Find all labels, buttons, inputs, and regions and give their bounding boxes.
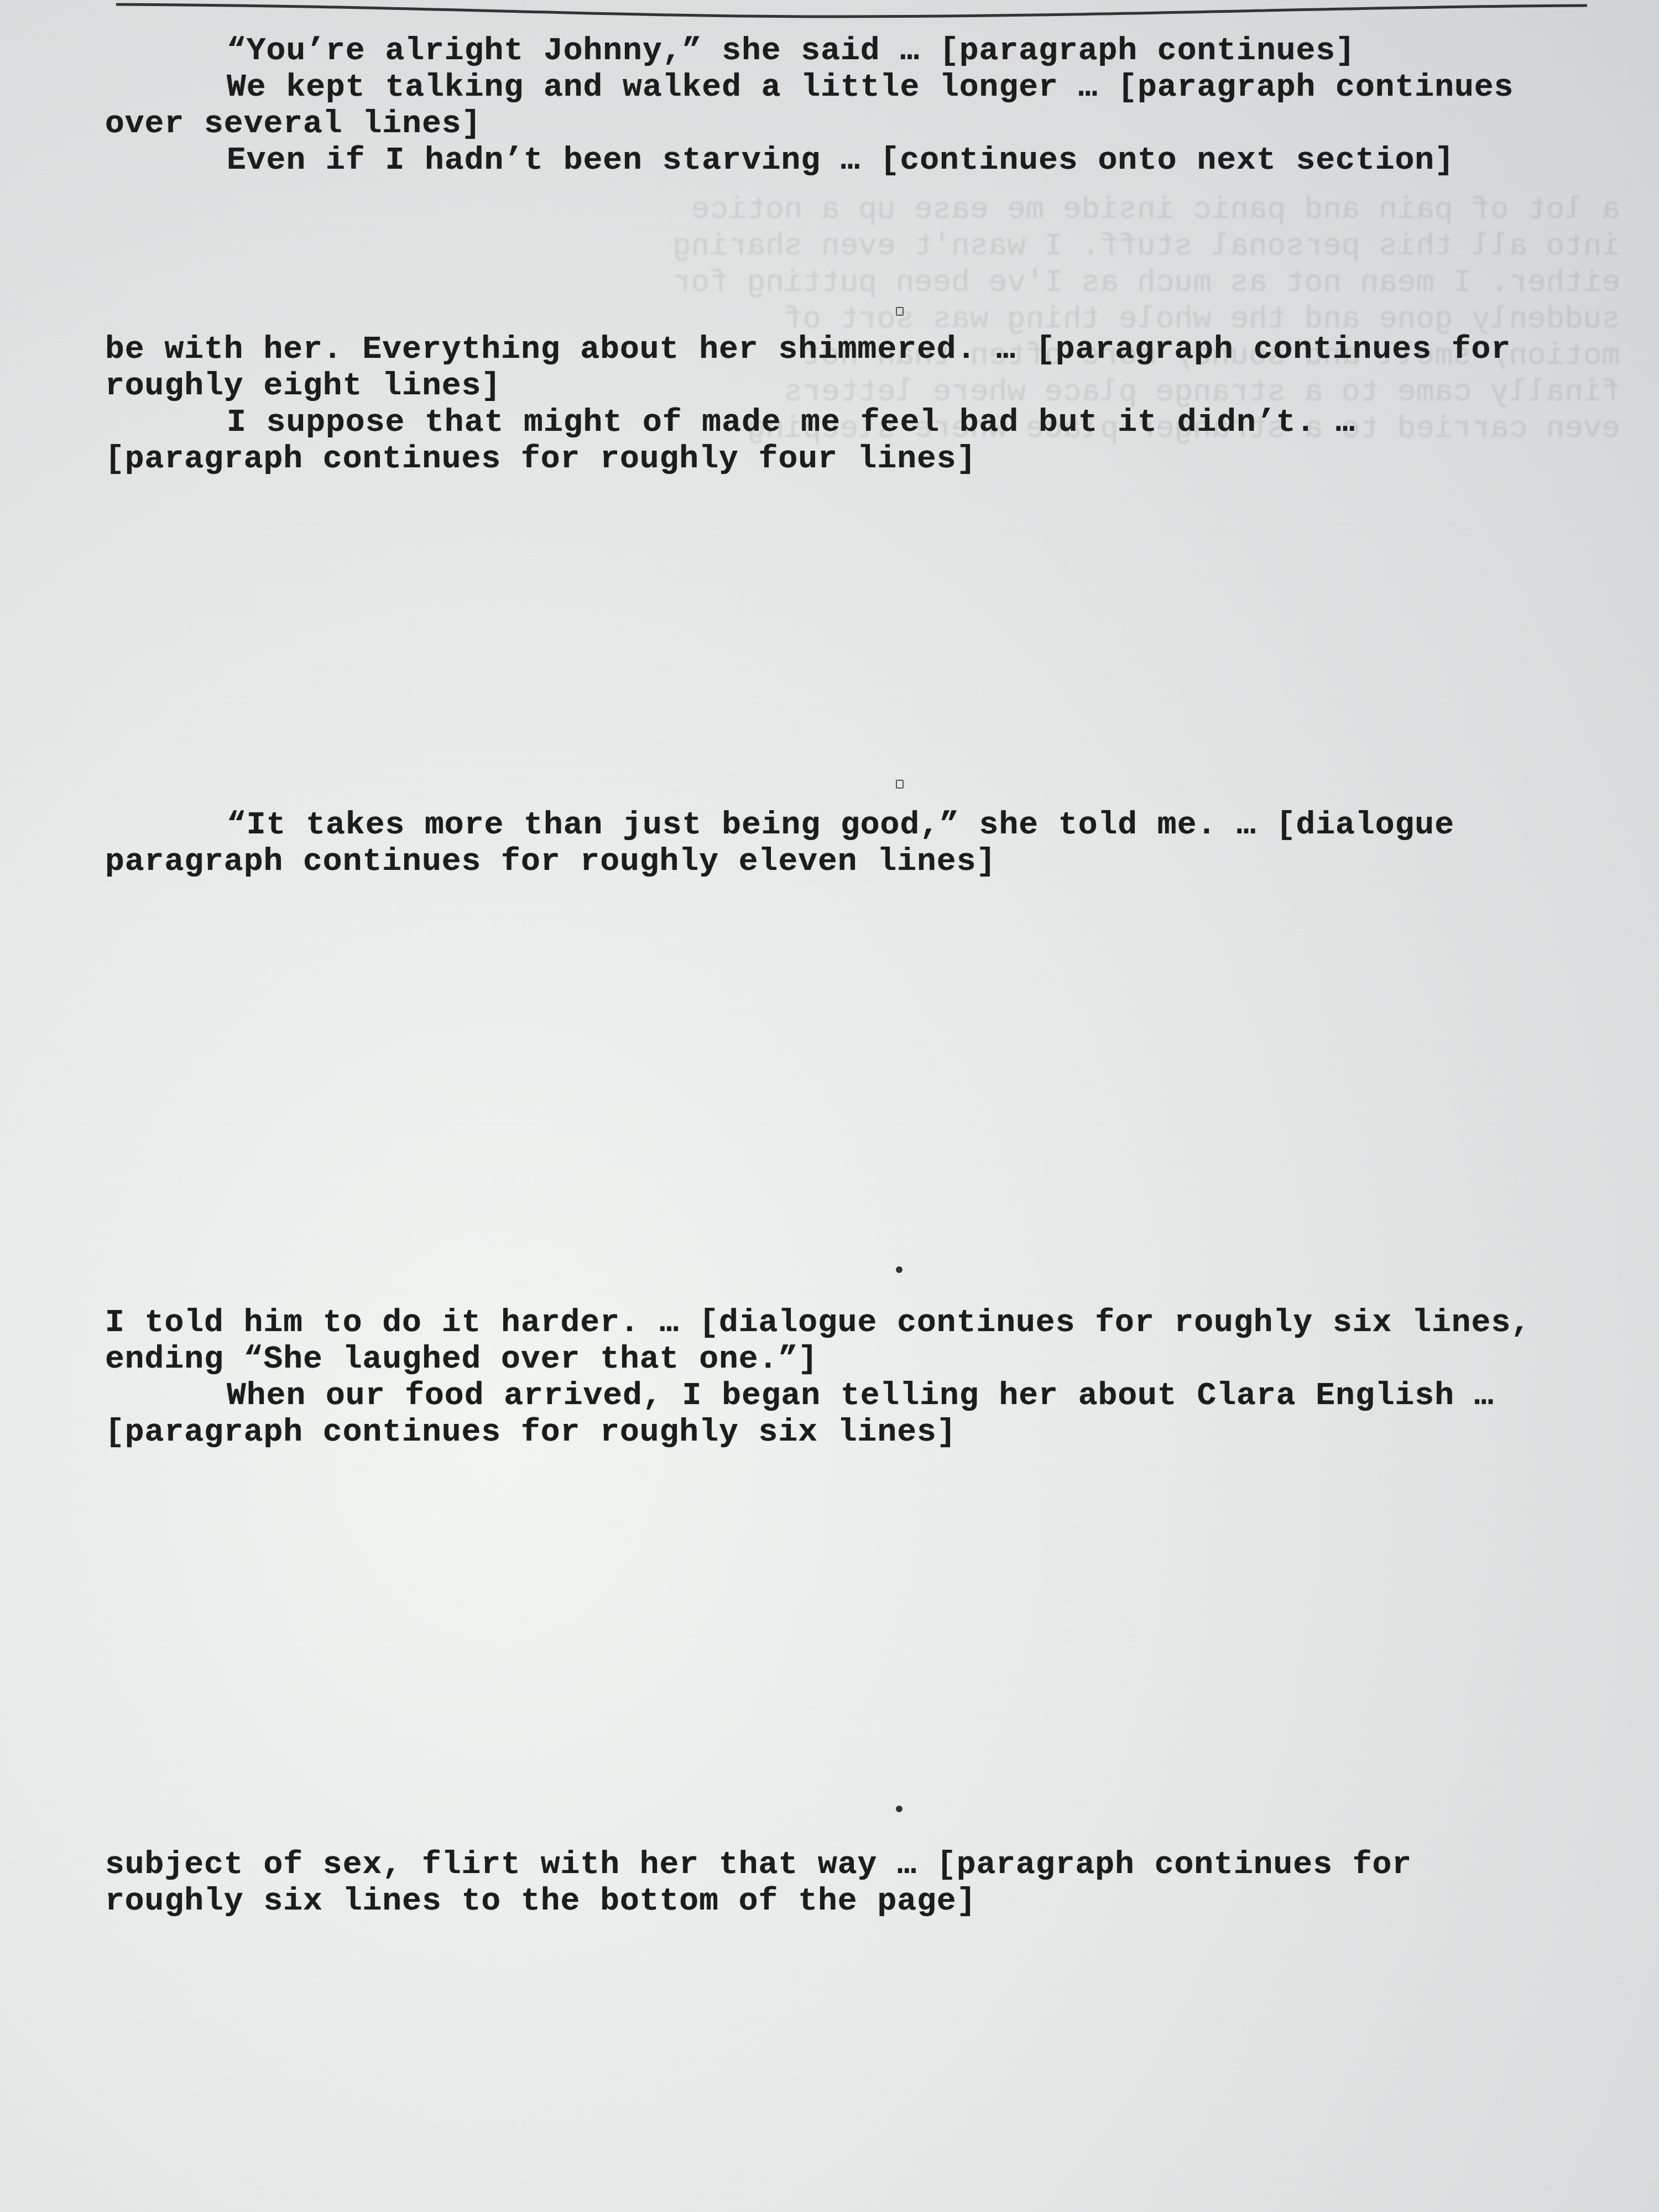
paragraph: subject of sex, flirt with her that way … [105, 1847, 1554, 1920]
paragraph: Even if I hadn’t been starving … [contin… [105, 143, 1554, 179]
paragraph: I told him to do it harder. … [dialogue … [105, 1305, 1554, 1378]
paragraph: “You’re alright Johnny,” she said … [par… [105, 33, 1554, 70]
manuscript-page: a lot of pain and panic inside me ease u… [83, 0, 1587, 2212]
section-break-marker [896, 1266, 902, 1273]
paragraph: We kept talking and walked a little long… [105, 70, 1554, 143]
text-block-3: “It takes more than just being good,” sh… [105, 807, 1554, 880]
paragraph: I suppose that might of made me feel bad… [105, 405, 1554, 478]
text-block-4: I told him to do it harder. … [dialogue … [105, 1305, 1554, 1451]
text-block-5: subject of sex, flirt with her that way … [105, 1847, 1554, 1920]
text-block-2: be with her. Everything about her shimme… [105, 332, 1554, 478]
paragraph: be with her. Everything about her shimme… [105, 332, 1554, 405]
section-break-marker [896, 780, 904, 789]
section-break-marker [896, 1806, 902, 1812]
text-block-1: “You’re alright Johnny,” she said … [par… [105, 33, 1554, 179]
section-break-marker [896, 307, 904, 316]
paragraph: “It takes more than just being good,” sh… [105, 807, 1554, 880]
paragraph: When our food arrived, I began telling h… [105, 1378, 1554, 1451]
top-curved-rule [116, 0, 1587, 33]
